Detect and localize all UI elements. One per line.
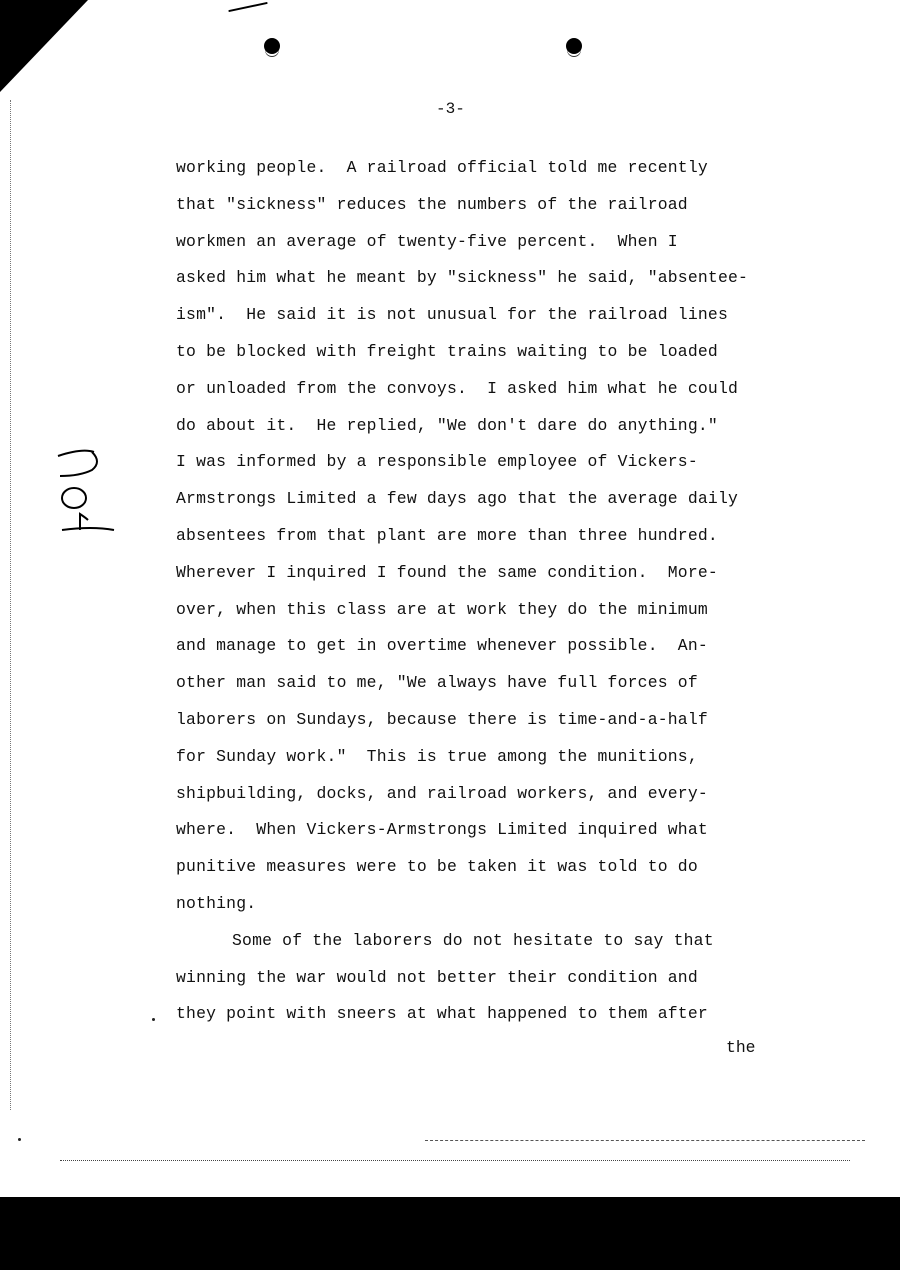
text-line: do about it. He replied, "We don't dare … (176, 408, 816, 445)
scan-artifact-line (425, 1140, 865, 1141)
catchword: the (726, 1038, 756, 1057)
text-line: Wherever I inquired I found the same con… (176, 555, 816, 592)
text-line: Armstrongs Limited a few days ago that t… (176, 481, 816, 518)
text-line: working people. A railroad official told… (176, 150, 816, 187)
punch-hole-right (566, 38, 582, 54)
text-line: for Sunday work." This is true among the… (176, 739, 816, 776)
text-line: I was informed by a responsible employee… (176, 444, 816, 481)
text-line: they point with sneers at what happened … (176, 996, 816, 1033)
punch-hole-left (264, 38, 280, 54)
document-page: -3- 504 working people. A railroad offic… (0, 0, 900, 1197)
pen-mark (228, 2, 268, 12)
text-line: asked him what he meant by "sickness" he… (176, 260, 816, 297)
text-line: absentees from that plant are more than … (176, 518, 816, 555)
text-line: laborers on Sundays, because there is ti… (176, 702, 816, 739)
body-text: working people. A railroad official told… (176, 150, 816, 1033)
text-line: where. When Vickers-Armstrongs Limited i… (176, 812, 816, 849)
page-number: -3- (436, 100, 465, 118)
stray-mark (152, 1018, 155, 1021)
text-line: punitive measures were to be taken it wa… (176, 849, 816, 886)
text-line: shipbuilding, docks, and railroad worker… (176, 776, 816, 813)
text-line: workmen an average of twenty-five percen… (176, 224, 816, 261)
text-line: over, when this class are at work they d… (176, 592, 816, 629)
text-line: and manage to get in overtime whenever p… (176, 628, 816, 665)
scan-artifact-line (60, 1160, 850, 1161)
text-line: winning the war would not better their c… (176, 960, 816, 997)
handwritten-page-number: 504 (52, 448, 122, 548)
text-line: that "sickness" reduces the numbers of t… (176, 187, 816, 224)
text-line: other man said to me, "We always have fu… (176, 665, 816, 702)
text-line: to be blocked with freight trains waitin… (176, 334, 816, 371)
stray-mark (18, 1138, 21, 1141)
scan-corner-shadow (0, 0, 88, 92)
text-line: Some of the laborers do not hesitate to … (176, 923, 816, 960)
text-line: nothing. (176, 886, 816, 923)
text-line: or unloaded from the convoys. I asked hi… (176, 371, 816, 408)
page-edge-artifact (10, 100, 11, 1110)
text-line: ism". He said it is not unusual for the … (176, 297, 816, 334)
